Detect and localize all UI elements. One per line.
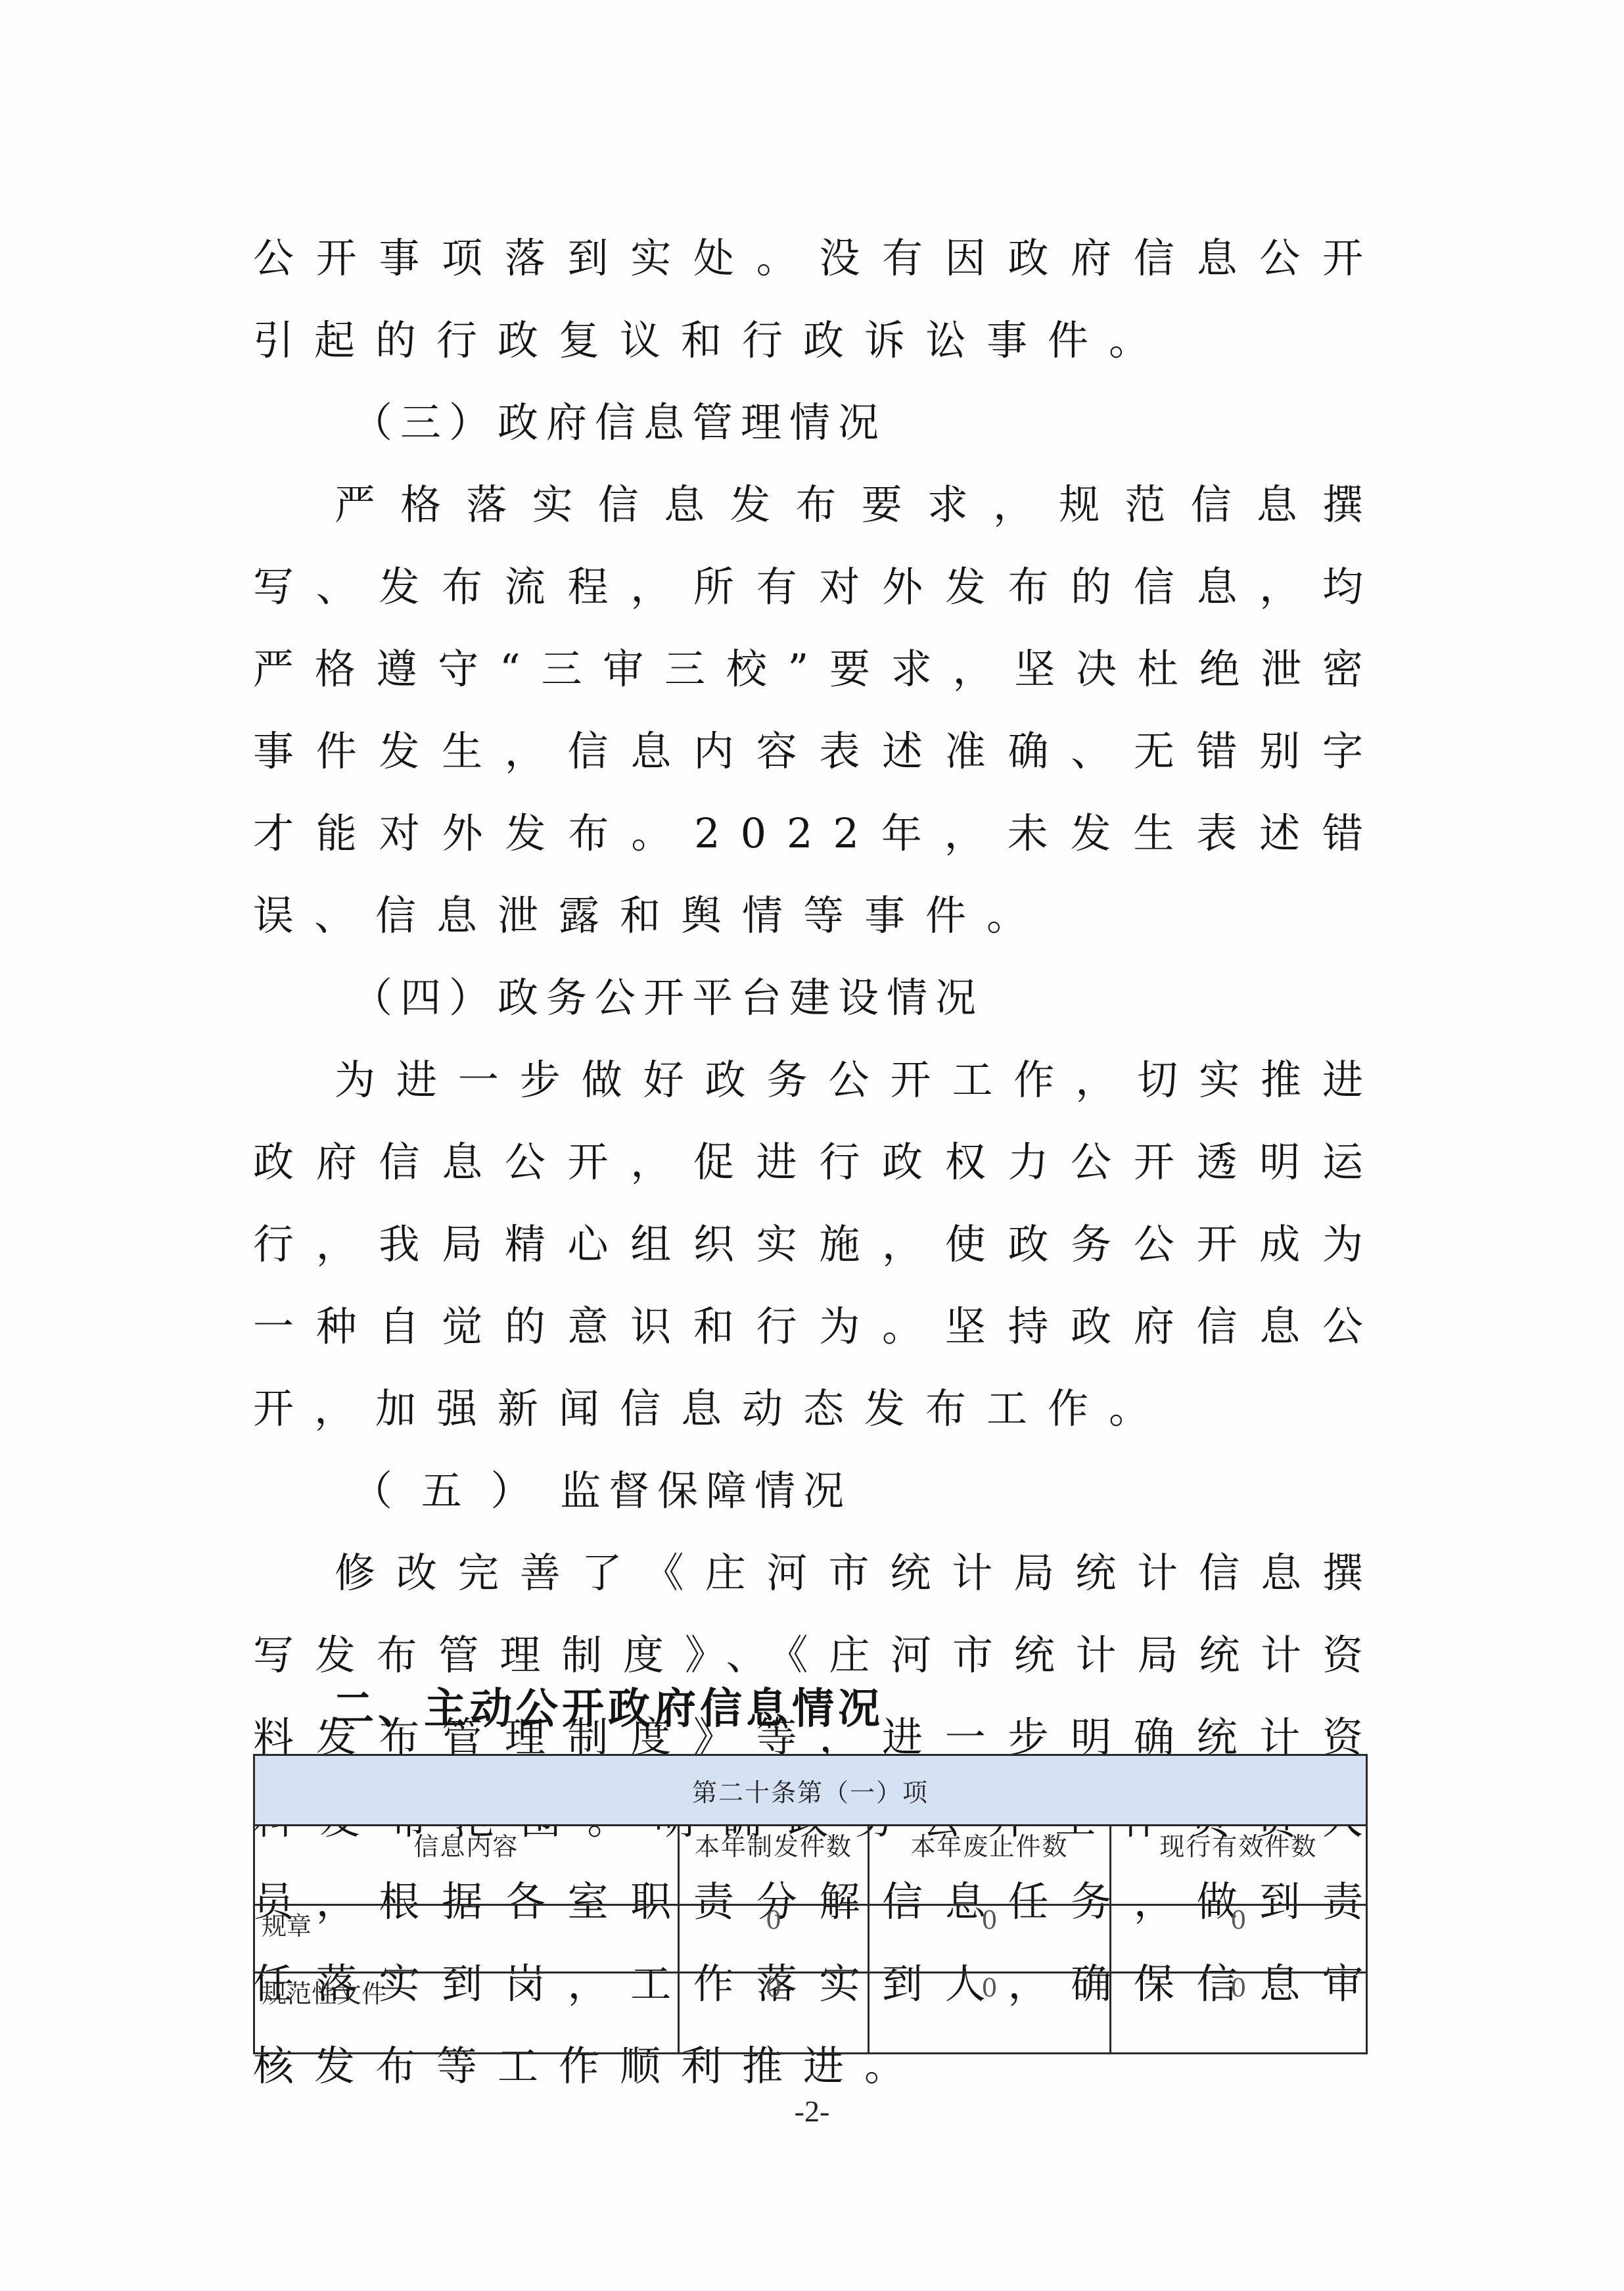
row-label: 规范性文件 bbox=[254, 1973, 679, 2054]
document-page: 公开事项落到实处。没有因政府信息公开引起的行政复议和行政诉讼事件。 （三）政府信… bbox=[0, 0, 1624, 2291]
column-header-repealed: 本年废止件数 bbox=[869, 1826, 1110, 1905]
row-label: 规章 bbox=[254, 1905, 679, 1973]
subheading-supervision: （ 五 ） 监督保障情况 bbox=[253, 1450, 1383, 1532]
column-header-effective: 现行有效件数 bbox=[1110, 1826, 1366, 1905]
table-header-row: 信息内容 本年制发件数 本年废止件数 现行有效件数 bbox=[254, 1826, 1367, 1905]
paragraph-continuation: 公开事项落到实处。没有因政府信息公开引起的行政复议和行政诉讼事件。 bbox=[253, 217, 1383, 381]
page-number: -2- bbox=[0, 2094, 1624, 2129]
paragraph-information-management: 严格落实信息发布要求，规范信息撰写、发布流程，所有对外发布的信息，均严格遵守“三… bbox=[253, 463, 1383, 957]
table-caption: 第二十条第（一）项 bbox=[254, 1755, 1367, 1826]
table-row: 规范性文件 0 0 0 bbox=[254, 1973, 1367, 2054]
cell-effective: 0 bbox=[1110, 1973, 1366, 2054]
cell-repealed: 0 bbox=[869, 1973, 1110, 2054]
cell-effective: 0 bbox=[1110, 1905, 1366, 1973]
cell-issued: 0 bbox=[678, 1973, 869, 2054]
info-disclosure-table: 第二十条第（一）项 信息内容 本年制发件数 本年废止件数 现行有效件数 规章 0… bbox=[253, 1754, 1368, 2054]
subheading-information-management: （三）政府信息管理情况 bbox=[253, 381, 1383, 463]
subheading-platform-construction: （四）政务公开平台建设情况 bbox=[253, 957, 1383, 1039]
table-row: 规章 0 0 0 bbox=[254, 1905, 1367, 1973]
table-caption-row: 第二十条第（一）项 bbox=[254, 1755, 1367, 1826]
column-header-content: 信息内容 bbox=[254, 1826, 679, 1905]
section-heading: 二、主动公开政府信息情况 bbox=[332, 1683, 884, 1736]
paragraph-platform-construction: 为进一步做好政务公开工作，切实推进政府信息公开，促进行政权力公开透明运行，我局精… bbox=[253, 1039, 1383, 1450]
column-header-issued: 本年制发件数 bbox=[678, 1826, 869, 1905]
cell-issued: 0 bbox=[678, 1905, 869, 1973]
cell-repealed: 0 bbox=[869, 1905, 1110, 1973]
